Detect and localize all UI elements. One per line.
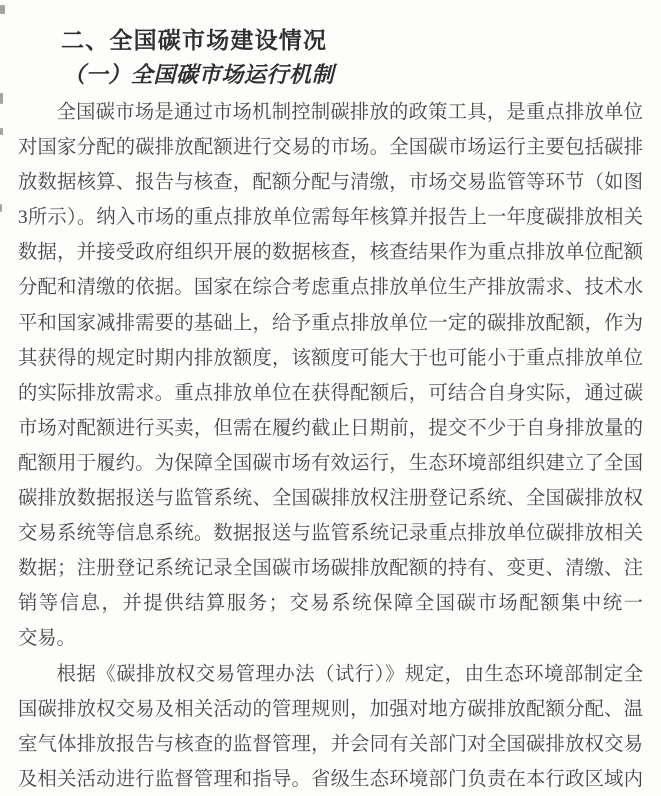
body-line: 交易。 [18,621,643,656]
subsection-heading: （一）全国碳市场运行机制 [63,58,334,89]
body-line: 放数据核算、报告与核查，配额分配与清缴，市场交易监管等环节（如图 [18,165,643,200]
body-line: 3所示）。纳入市场的重点排放单位需每年核算并报告上一年度碳排放相关 [18,200,643,235]
body-line: 数据；注册登记系统记录全国碳市场碳排放配额的持有、变更、清缴、注 [18,551,643,586]
body-line: 全国碳市场是通过市场机制控制碳排放的政策工具，是重点排放单位 [18,95,643,130]
document-page: 二、全国碳市场建设情况 （一）全国碳市场运行机制 全国碳市场是通过市场机制控制碳… [0,0,661,796]
body-line: 碳排放数据报送与监管系统、全国碳排放权注册登记系统、全国碳排放权 [18,481,643,516]
body-line: 平和国家减排需要的基础上，给予重点排放单位一定的碳排放配额，作为 [18,306,643,341]
body-line: 市场对配额进行买卖，但需在履约截止日期前，提交不少于自身排放量的 [18,411,643,446]
body-line: 数据，并接受政府组织开展的数据核查，核查结果作为重点排放单位配额 [18,235,643,270]
body-line: 其获得的规定时期内排放额度，该额度可能大于也可能小于重点排放单位 [18,341,643,376]
section-heading: 二、全国碳市场建设情况 [61,22,327,55]
body-line: 的实际排放需求。重点排放单位在获得配额后，可结合自身实际，通过碳 [18,376,643,411]
body-line: 交易系统等信息系统。数据报送与监管系统记录重点排放单位碳排放相关 [18,516,643,551]
body-line: 及相关活动进行监督管理和指导。省级生态环境部门负责在本行政区域内 [18,762,643,796]
scan-artifact [0,204,2,212]
body-line: 对国家分配的碳排放配额进行交易的市场。全国碳市场运行主要包括碳排 [18,130,643,165]
body-line: 国碳排放权交易及相关活动的管理规则，加强对地方碳排放配额分配、温 [18,692,643,727]
scan-artifact [0,93,3,104]
body-line: 销等信息，并提供结算服务；交易系统保障全国碳市场配额集中统一 [18,586,643,621]
body-line: 配额用于履约。为保障全国碳市场有效运行，生态环境部组织建立了全国 [18,446,643,481]
body-line: 根据《碳排放权交易管理办法（试行）》规定，由生态环境部制定全 [18,657,643,692]
scan-artifact [0,128,3,135]
body-line: 室气体排放报告与核查的监督管理，并会同有关部门对全国碳排放权交易 [18,727,643,762]
body-line: 分配和清缴的依据。国家在综合考虑重点排放单位生产排放需求、技术水 [18,270,643,305]
scan-artifact [0,5,5,14]
body-text: 全国碳市场是通过市场机制控制碳排放的政策工具，是重点排放单位 对国家分配的碳排放… [18,95,643,796]
